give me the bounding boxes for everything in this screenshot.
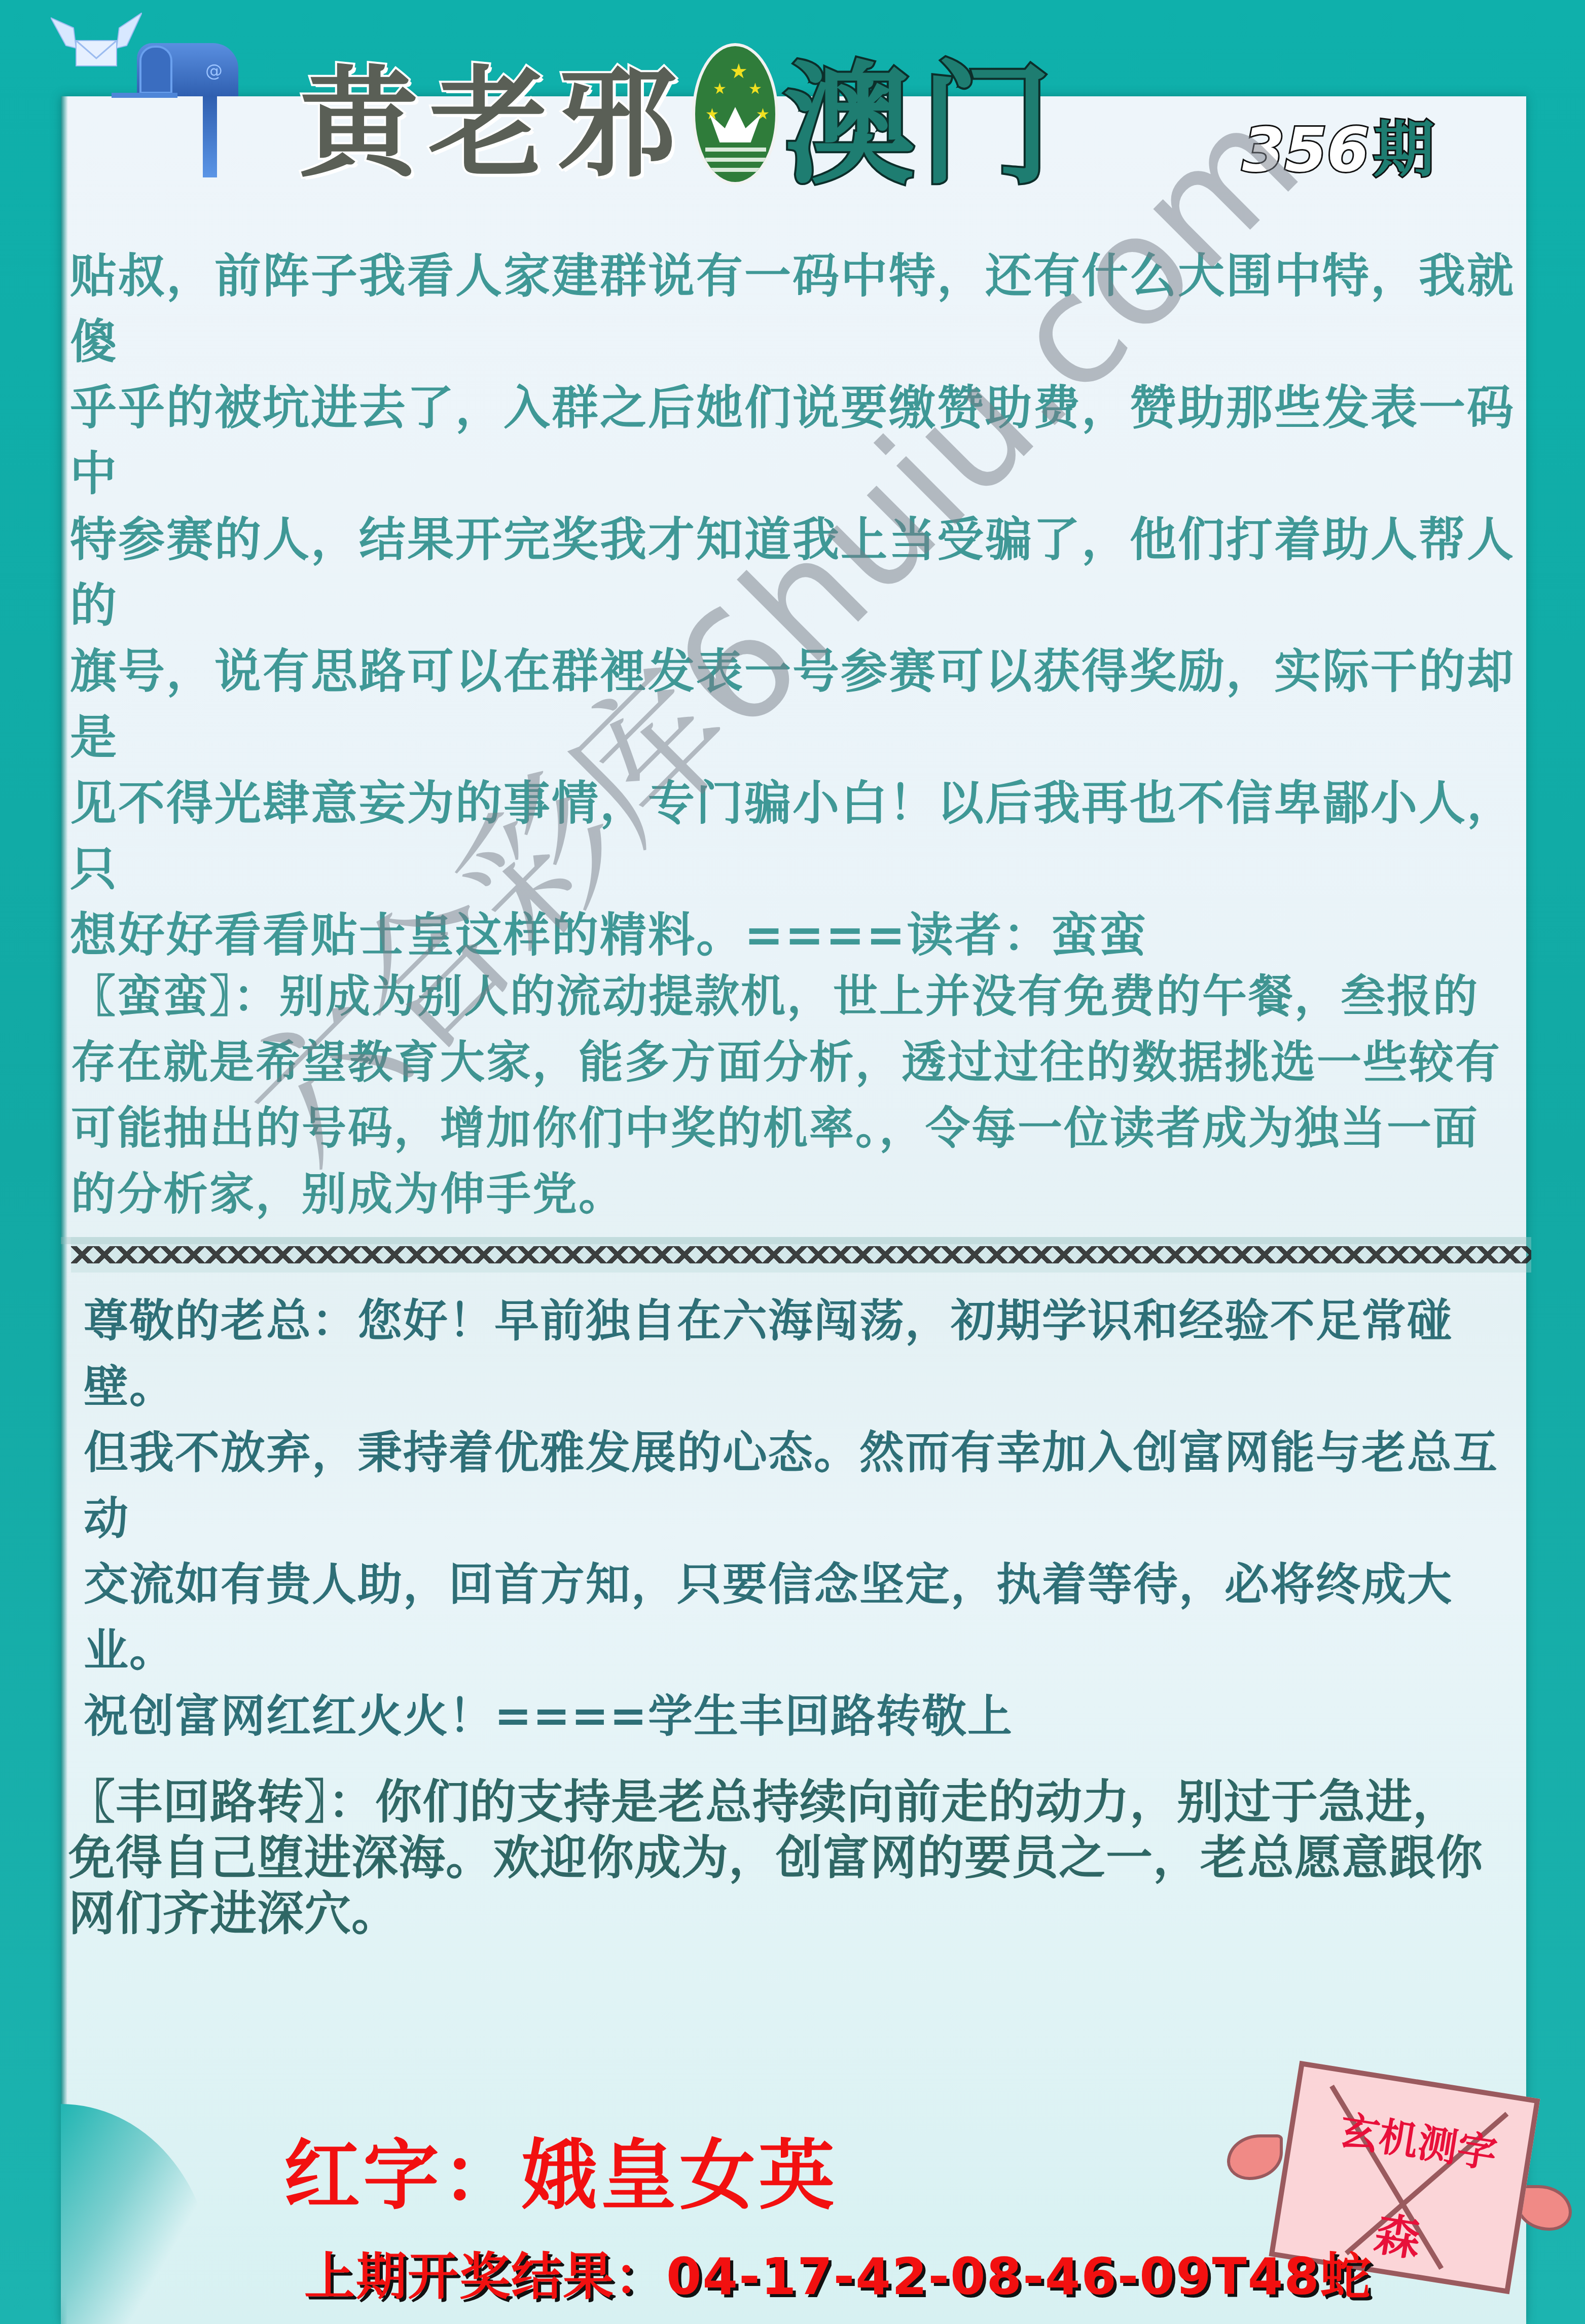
red-word: 红字：娥皇女英 xyxy=(284,2114,838,2224)
envelope-character: 森 xyxy=(1371,2197,1426,2269)
issue-number-value: 356 xyxy=(1242,115,1370,186)
star-icon: ★ xyxy=(748,82,762,97)
reply-fenghuiluzhuan: 〖丰回路转〗：你们的支持是老总持续向前走的动力，别过于急进， 免得自己堕进深海。… xyxy=(68,1774,1524,1942)
title-left: 黄老邪 xyxy=(299,29,687,200)
last-draw-result: 上期开奖结果：04-17-42-08-46-09T48蛇 xyxy=(304,2236,1372,2309)
page-title: 黄老邪 ★ ★ ★ ★ ★ 澳门 xyxy=(299,30,1057,198)
envelope-title: 玄机测字 xyxy=(1336,2099,1501,2180)
student-letter: 尊敬的老总：您好！早前独自在六海闯荡，初期学识和经验不足常碰壁。 但我不放弃，秉… xyxy=(84,1288,1539,1749)
bridge-stripe xyxy=(705,148,766,152)
last-result-value: 04-17-42-08-46-09T48蛇 xyxy=(666,2247,1372,2306)
star-icon: ★ xyxy=(730,61,748,82)
at-sign-icon: @ xyxy=(205,61,223,81)
star-icon: ★ xyxy=(713,82,727,97)
bridge-stripe xyxy=(705,168,766,172)
mailbox-post xyxy=(203,96,217,177)
red-word-label: 红字： xyxy=(284,2132,521,2220)
wing-icon xyxy=(1227,2134,1283,2180)
zigzag-line xyxy=(71,1246,1531,1263)
issue-number: 356 期 xyxy=(1242,101,1434,189)
title-right: 澳门 xyxy=(783,20,1057,209)
reply-manman: 〖蛮蛮〗：别成为别人的流动提款机，世上并没有免费的午餐，叁报的 存在就是希望教育… xyxy=(71,963,1526,1227)
mailbox-ledge xyxy=(112,93,177,98)
mailbox-door xyxy=(139,46,172,94)
bridge-stripe xyxy=(705,158,766,162)
winged-envelope-icon xyxy=(51,13,142,68)
macau-emblem-icon: ★ ★ ★ ★ ★ xyxy=(692,43,778,185)
issue-suffix: 期 xyxy=(1374,101,1434,189)
mailbox-icon: @ xyxy=(51,13,243,175)
last-result-label: 上期开奖结果： xyxy=(304,2247,666,2306)
zigzag-divider xyxy=(71,1237,1531,1273)
red-word-value: 娥皇女英 xyxy=(521,2132,838,2220)
reader-letter: 贴叔，前阵子我看人家建群说有一码中特，还有什么大围中特，我就傻 乎乎的被坑进去了… xyxy=(70,243,1525,968)
